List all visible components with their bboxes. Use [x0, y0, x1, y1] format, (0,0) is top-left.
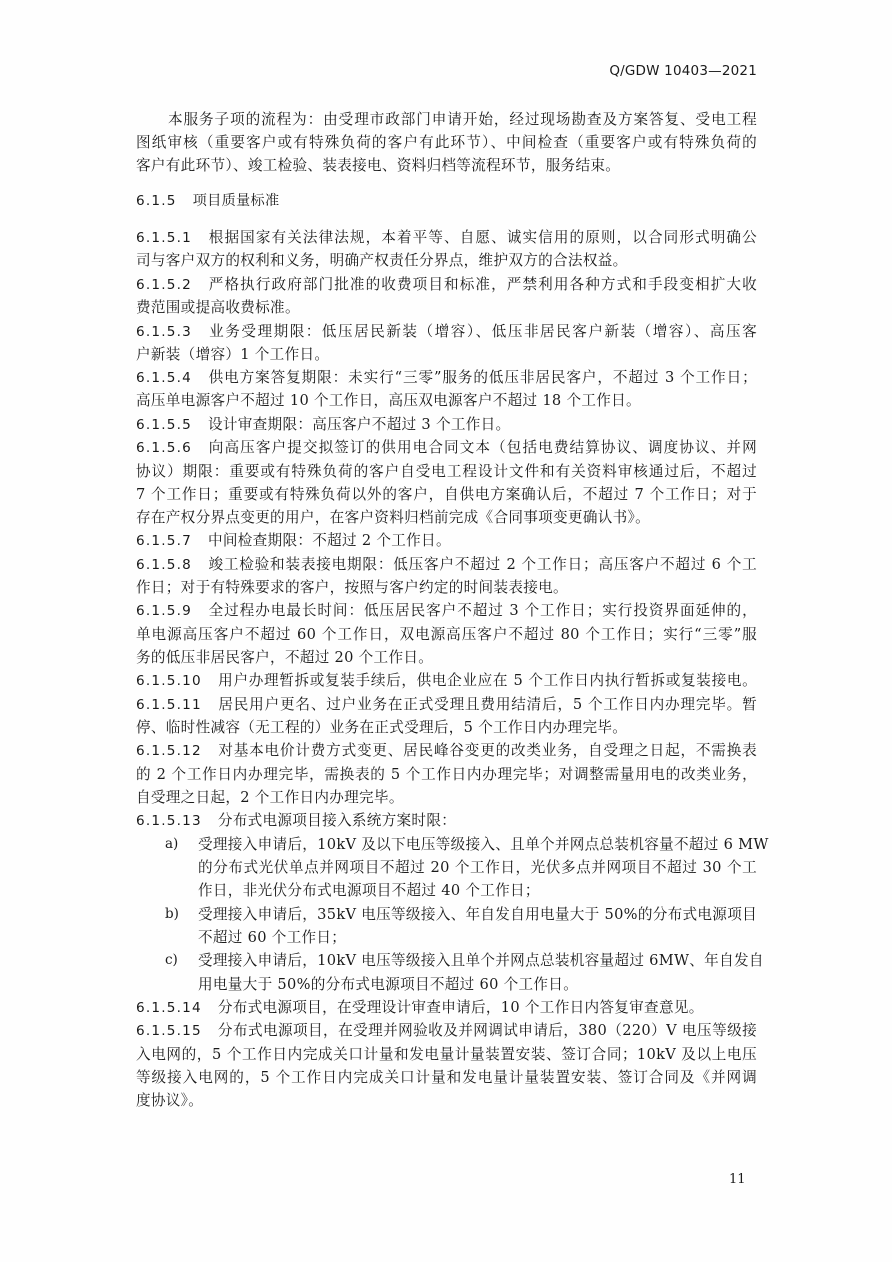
- clause-number: 6.1.5.9: [136, 603, 192, 619]
- clause-line: 司与客户双方的权利和义务，明确产权责任分界点，维护双方的合法权益。: [136, 251, 628, 271]
- list-line: 不超过 60 个工作日；: [198, 928, 346, 948]
- clause-number: 6.1.5.2: [136, 277, 192, 293]
- clause-first-line: 6.1.5.14分布式电源项目，在受理设计审查申请后，10 个工作日内答复审查意…: [136, 998, 704, 1018]
- clause-first-line: 6.1.5.12对基本电价计费方式变更、居民峰谷变更的改类业务，自受理之日起，不…: [136, 741, 757, 761]
- clause-first-line: 6.1.5.6向高压客户提交拟签订的供用电合同文本（包括电费结算协议、调度协议、…: [136, 438, 757, 458]
- clause-text: 分布式电源项目接入系统方案时限：: [218, 812, 456, 829]
- clause-text: 供电方案答复期限：未实行“三零”服务的低压非居民客户，不超过 3 个工作日；: [208, 369, 757, 386]
- clause-number: 6.1.5.5: [136, 417, 192, 433]
- clause-number: 6.1.5.6: [136, 440, 192, 456]
- clause-text: 严格执行政府部门批准的收费项目和标准，严禁利用各种方式和手段变相扩大收: [208, 276, 757, 293]
- clause-number: 6.1.5.13: [136, 813, 202, 829]
- clause-line: 存在产权分界点变更的用户，在客户资料归档前完成《合同事项变更确认书》。: [136, 508, 650, 528]
- section-title: 项目质量标准: [193, 193, 280, 209]
- list-line: 受理接入申请后，10kV 电压等级接入且单个并网点总装机容量超过 6MW、年自发…: [198, 951, 757, 971]
- list-label: a): [165, 836, 178, 852]
- clause-text: 中间检查期限：不超过 2 个工作日。: [208, 532, 451, 549]
- clause-line: 的 2 个工作日内办理完毕，需换表的 5 个工作日内办理完毕；对调整需量用电的改…: [136, 765, 757, 785]
- intro-line: 本服务子项的流程为：由受理市政部门申请开始，经过现场勘查及方案答复、受电工程: [168, 110, 757, 130]
- clause-first-line: 6.1.5.5设计审查期限：高压客户不超过 3 个工作日。: [136, 415, 510, 435]
- clause-first-line: 6.1.5.7中间检查期限：不超过 2 个工作日。: [136, 531, 451, 551]
- clause-first-line: 6.1.5.2严格执行政府部门批准的收费项目和标准，严禁利用各种方式和手段变相扩…: [136, 275, 757, 295]
- intro-line: 图纸审核（重要客户或有特殊负荷的客户有此环节）、中间检查（重要客户或有特殊负荷的: [136, 133, 757, 153]
- clause-first-line: 6.1.5.8竣工检验和装表接电期限：低压客户不超过 2 个工作日；高压客户不超…: [136, 555, 757, 575]
- standard-code-header: Q/GDW 10403—2021: [609, 63, 757, 79]
- clause-number: 6.1.5.10: [136, 673, 202, 689]
- clause-first-line: 6.1.5.15分布式电源项目，在受理并网验收及并网调试申请后，380（220）…: [136, 1021, 757, 1041]
- clause-line: 单电源高压客户不超过 60 个工作日，双电源高压客户不超过 80 个工作日；实行…: [136, 625, 757, 645]
- section-heading: 6.1.5项目质量标准: [136, 191, 280, 211]
- clause-text: 居民用户更名、过户业务在正式受理且费用结清后，5 个工作日内办理完毕。暂: [218, 696, 757, 713]
- clause-line: 协议）期限：重要或有特殊负荷的客户自受电工程设计文件和有关资料审核通过后，不超过: [136, 462, 757, 482]
- clause-number: 6.1.5.8: [136, 557, 192, 573]
- clause-number: 6.1.5.7: [136, 533, 192, 549]
- clause-text: 业务受理期限：低压居民新装（增容）、低压非居民客户新装（增容）、高压客: [208, 323, 757, 340]
- list-label: c): [165, 952, 178, 968]
- list-line: 作日，非光伏分布式电源项目不超过 40 个工作日；: [198, 881, 540, 901]
- clause-text: 设计审查期限：高压客户不超过 3 个工作日。: [208, 416, 510, 433]
- clause-line: 自受理之日起，2 个工作日内办理完毕。: [136, 788, 404, 808]
- clause-line: 作日；对于有特殊要求的客户，按照与客户约定的时间装表接电。: [136, 578, 568, 598]
- clause-text: 对基本电价计费方式变更、居民峰谷变更的改类业务，自受理之日起，不需换表: [218, 742, 757, 759]
- clause-line: 7 个工作日；重要或有特殊负荷以外的客户，自供电方案确认后，不超过 7 个工作日…: [136, 485, 757, 505]
- clause-text: 分布式电源项目，在受理设计审查申请后，10 个工作日内答复审查意见。: [218, 999, 704, 1016]
- clause-first-line: 6.1.5.4供电方案答复期限：未实行“三零”服务的低压非居民客户，不超过 3 …: [136, 368, 757, 388]
- clause-line: 费范围或提高收费标准。: [136, 298, 300, 318]
- clause-line: 度协议》。: [136, 1091, 203, 1111]
- clause-text: 分布式电源项目，在受理并网验收及并网调试申请后，380（220）V 电压等级接: [218, 1022, 757, 1039]
- clause-line: 务的低压非居民客户，不超过 20 个工作日。: [136, 648, 433, 668]
- list-line: 的分布式光伏单点并网项目不超过 20 个工作日，光伏多点并网项目不超过 30 个…: [198, 858, 757, 878]
- page-number: 11: [729, 1172, 746, 1187]
- clause-line: 入电网的，5 个工作日内完成关口计量和发电量计量装置安装、签订合同；10kV 及…: [136, 1045, 757, 1065]
- clause-first-line: 6.1.5.11居民用户更名、过户业务在正式受理且费用结清后，5 个工作日内办理…: [136, 695, 757, 715]
- clause-text: 竣工检验和装表接电期限：低压客户不超过 2 个工作日；高压客户不超过 6 个工: [208, 556, 757, 573]
- section-number: 6.1.5: [136, 193, 177, 209]
- intro-line: 客户有此环节）、竣工检验、装表接电、资料归档等流程环节，服务结束。: [136, 156, 620, 176]
- clause-text: 向高压客户提交拟签订的供用电合同文本（包括电费结算协议、调度协议、并网: [208, 439, 757, 456]
- clause-line: 停、临时性减容（无工程的）业务在正式受理后，5 个工作日内办理完毕。: [136, 718, 627, 738]
- list-line: 用电量大于 50%的分布式电源项目不超过 60 个工作日。: [198, 975, 578, 995]
- clause-text: 全过程办电最长时间：低压居民客户不超过 3 个工作日；实行投资界面延伸的，: [208, 602, 757, 619]
- clause-first-line: 6.1.5.13分布式电源项目接入系统方案时限：: [136, 811, 456, 831]
- list-line: 受理接入申请后，35kV 电压等级接入、年自发自用电量大于 50%的分布式电源项…: [198, 905, 757, 925]
- clause-line: 户新装（增容）1 个工作日。: [136, 345, 329, 365]
- clause-first-line: 6.1.5.1根据国家有关法律法规，本着平等、自愿、诚实信用的原则，以合同形式明…: [136, 228, 757, 248]
- clause-number: 6.1.5.15: [136, 1023, 202, 1039]
- clause-number: 6.1.5.11: [136, 697, 202, 713]
- clause-first-line: 6.1.5.9全过程办电最长时间：低压居民客户不超过 3 个工作日；实行投资界面…: [136, 601, 757, 621]
- clause-line: 高压单电源客户不超过 10 个工作日，高压双电源客户不超过 18 个工作日。: [136, 391, 641, 411]
- clause-first-line: 6.1.5.10用户办理暂拆或复装手续后，供电企业应在 5 个工作日内执行暂拆或…: [136, 671, 757, 691]
- clause-line: 等级接入电网的，5 个工作日内完成关口计量和发电量计量装置安装、签订合同及《并网…: [136, 1068, 757, 1088]
- clause-number: 6.1.5.1: [136, 230, 192, 246]
- list-line: 受理接入申请后，10kV 及以下电压等级接入、且单个并网点总装机容量不超过 6 …: [198, 835, 757, 855]
- clause-first-line: 6.1.5.3业务受理期限：低压居民新装（增容）、低压非居民客户新装（增容）、高…: [136, 322, 757, 342]
- list-label: b): [165, 906, 179, 922]
- clause-number: 6.1.5.14: [136, 1000, 202, 1016]
- clause-number: 6.1.5.3: [136, 324, 192, 340]
- clause-number: 6.1.5.12: [136, 743, 202, 759]
- document-page: Q/GDW 10403—2021 本服务子项的流程为：由受理市政部门申请开始，经…: [0, 0, 892, 1262]
- clause-text: 用户办理暂拆或复装手续后，供电企业应在 5 个工作日内执行暂拆或复装接电。: [218, 672, 757, 689]
- clause-number: 6.1.5.4: [136, 370, 192, 386]
- clause-text: 根据国家有关法律法规，本着平等、自愿、诚实信用的原则，以合同形式明确公: [208, 229, 757, 246]
